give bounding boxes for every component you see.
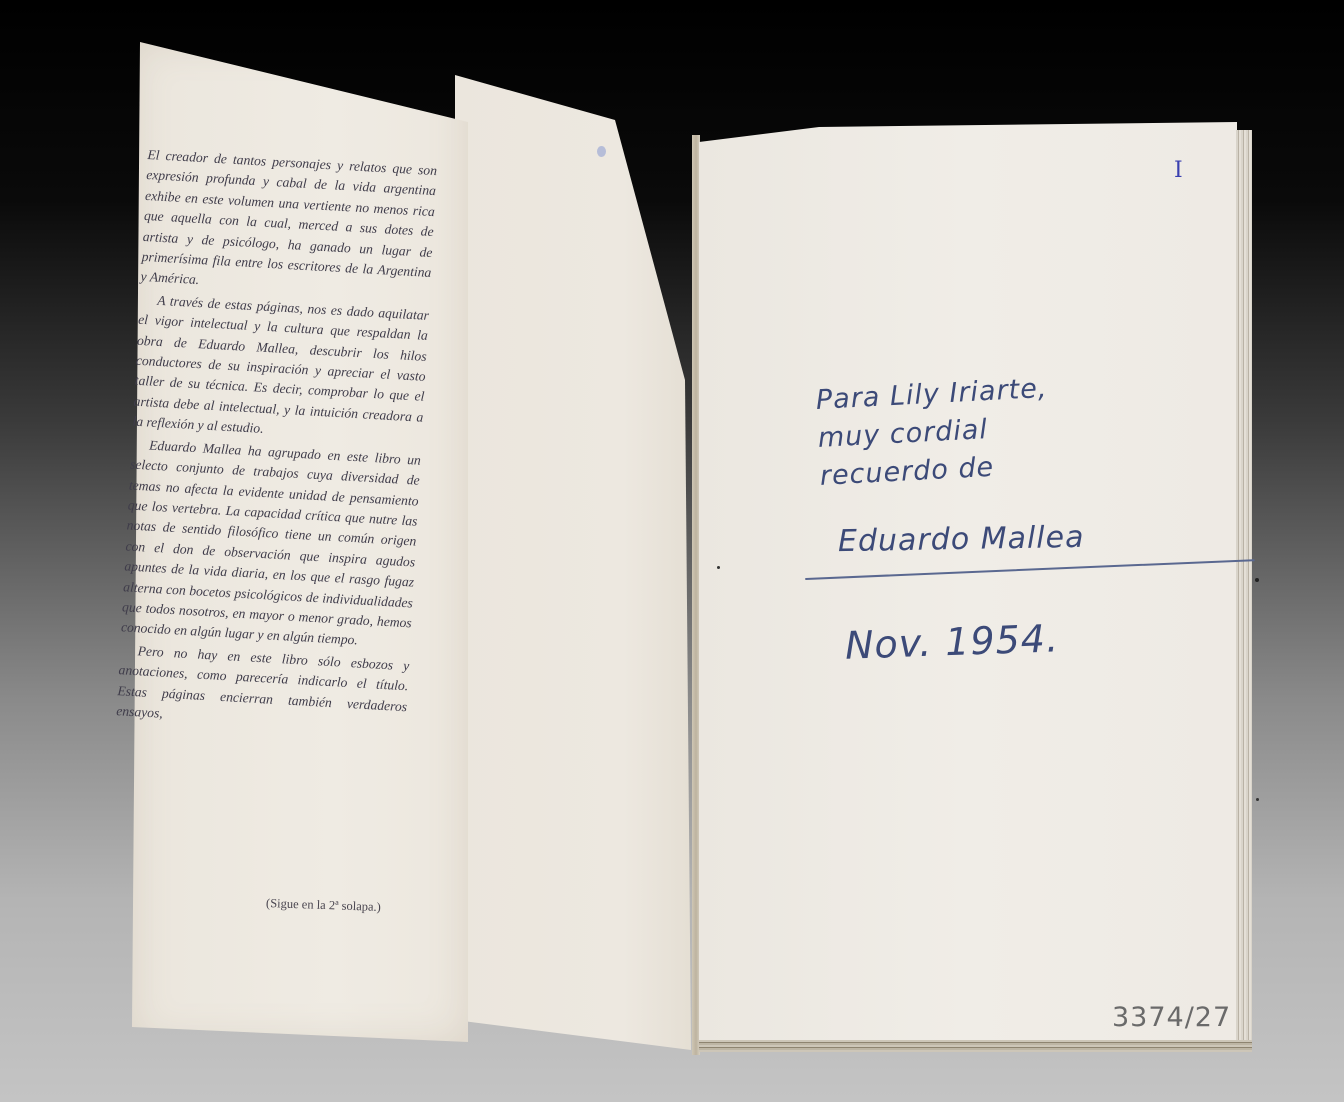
- handwritten-dedication: Para Lily Iriarte, muy cordial recuerdo …: [815, 370, 1052, 496]
- page-mark-dot: [1256, 798, 1259, 801]
- flap-paragraph-3: Eduardo Mallea ha agrupado en este libro…: [120, 434, 421, 654]
- pencil-catalog-number: 3374/27: [1112, 1002, 1231, 1033]
- flap-paragraph-1: El creador de tantos personajes y relato…: [140, 145, 438, 304]
- flyleaf-page: [699, 122, 1237, 1042]
- book-gutter: [692, 135, 700, 1055]
- inscription-date: Nov. 1954.: [844, 616, 1059, 667]
- flap-paragraph-2: A través de estas páginas, nos es dado a…: [132, 290, 430, 449]
- page-block-bottom: [699, 1040, 1252, 1052]
- page-mark-dot: [717, 566, 720, 569]
- flap-paragraph-4: Pero no hay en este libro sólo esbozos y…: [116, 640, 410, 738]
- photo-scene: El creador de tantos personajes y relato…: [0, 0, 1344, 1102]
- author-signature: Eduardo Mallea: [838, 520, 1085, 559]
- page-block-edge: [1236, 130, 1252, 1045]
- roman-numeral: I: [1174, 158, 1183, 183]
- ink-spot: [597, 146, 606, 157]
- inner-left-page: [455, 75, 695, 1050]
- page-mark-dot: [1255, 578, 1259, 582]
- flap-blurb: El creador de tantos personajes y relato…: [116, 145, 438, 740]
